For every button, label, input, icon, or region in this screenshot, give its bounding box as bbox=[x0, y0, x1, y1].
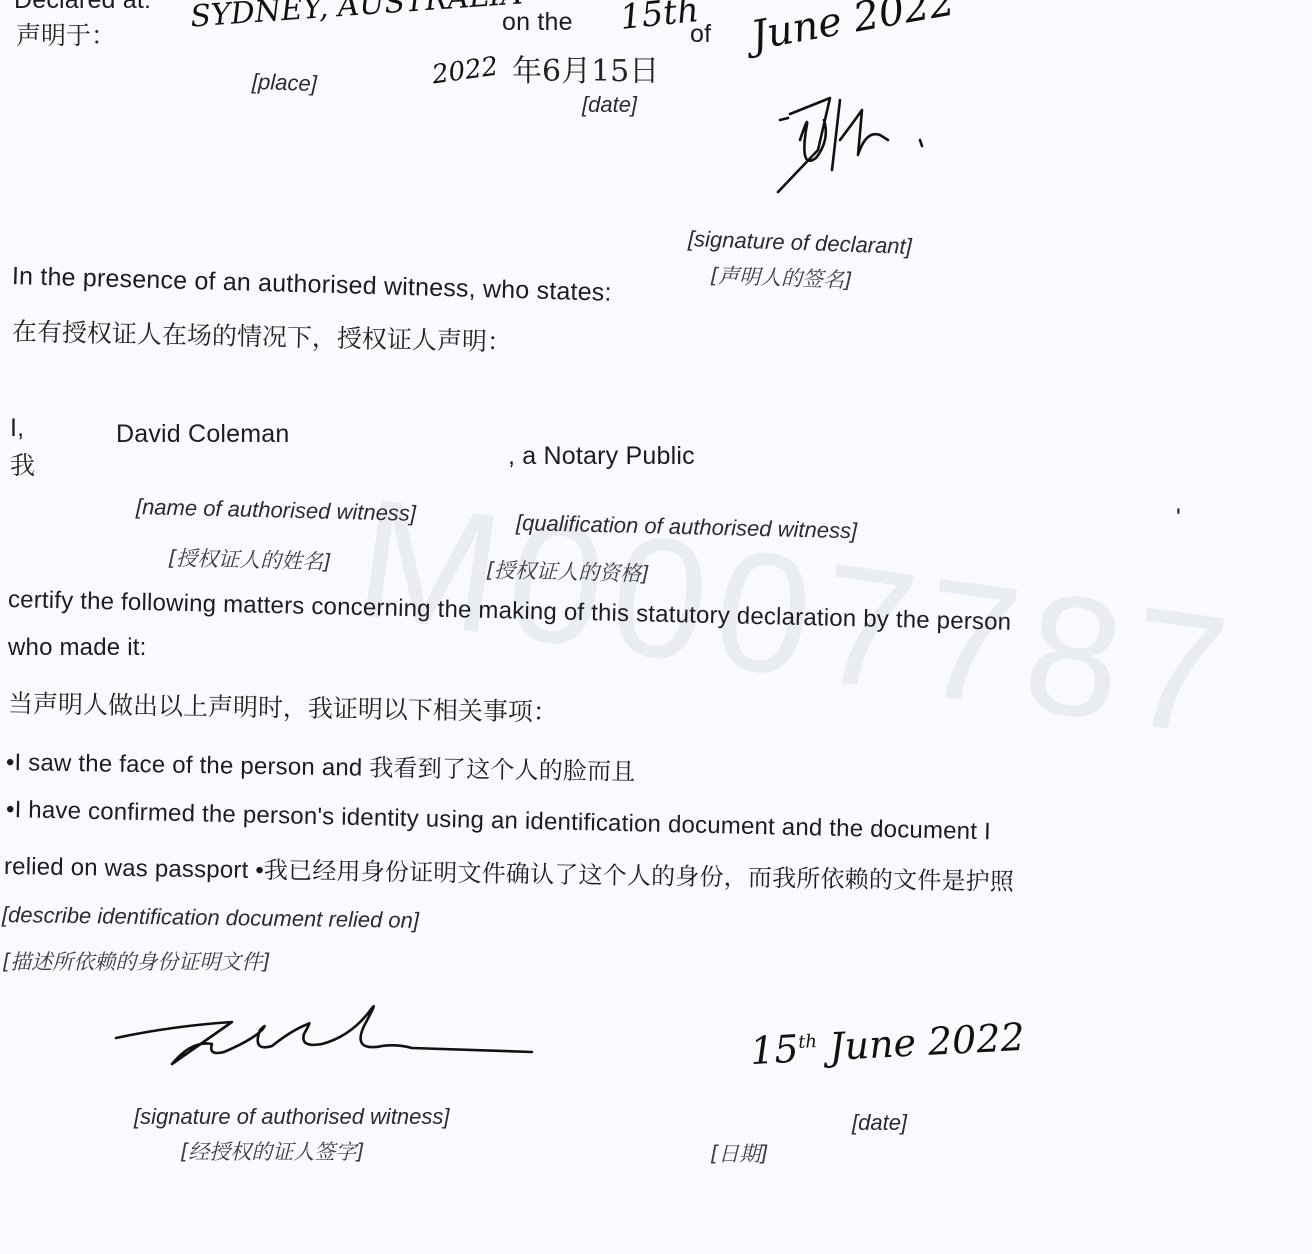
witness-signature-caption: [signature of authorised witness] bbox=[134, 1104, 450, 1130]
witness-name: David Coleman bbox=[116, 420, 290, 449]
day-handwritten: 15th bbox=[618, 0, 701, 38]
witness-signature bbox=[112, 1000, 542, 1070]
witness-signature-caption-cn: [经授权的证人签字] bbox=[180, 1136, 364, 1166]
witness-date-caption-cn: [日期] bbox=[710, 1138, 768, 1168]
stray-mark: ' bbox=[1176, 504, 1181, 533]
place-caption: [place] bbox=[252, 69, 318, 97]
document-caption-cn: [描述所依赖的身份证明文件] bbox=[2, 946, 270, 976]
witness-date-handwritten: 15th June 2022 bbox=[749, 1015, 1026, 1073]
on-the-label: on the bbox=[502, 8, 573, 37]
presence-statement: In the presence of an authorised witness… bbox=[12, 262, 612, 308]
declared-at-label-cn: 声明于： bbox=[16, 16, 116, 52]
declarant-signature-caption-cn: [声明人的签名] bbox=[710, 260, 853, 295]
place-handwritten: SYDNEY, AUSTRALIA bbox=[189, 0, 523, 35]
declarant-signature-caption: [signature of declarant] bbox=[688, 226, 913, 260]
certify-statement-cn: 当声明人做出以上声明时，我证明以下相关事项： bbox=[8, 684, 559, 729]
witness-name-caption: [name of authorised witness] bbox=[136, 494, 417, 527]
witness-date-suffix: th bbox=[798, 1031, 818, 1053]
witness-i-label: I, bbox=[10, 414, 24, 443]
witness-date-rest: June 2022 bbox=[828, 1015, 1026, 1069]
witness-qualification-caption-cn: [授权证人的资格] bbox=[486, 554, 650, 588]
presence-statement-cn: 在有授权证人在场的情况下，授权证人声明： bbox=[12, 312, 513, 358]
witness-qualification-caption: [qualification of authorised witness] bbox=[516, 510, 858, 544]
witness-name-caption-cn: [授权证人的姓名] bbox=[168, 542, 332, 576]
bullet-confirmed-identity-line1: •I have confirmed the person's identity … bbox=[6, 796, 991, 846]
document-caption: [describe identification document relied… bbox=[2, 902, 419, 934]
witness-qualification: , a Notary Public bbox=[508, 442, 695, 471]
bullet-confirmed-identity-line2: relied on was passport •我已经用身份证明文件确认了这个人… bbox=[4, 846, 1015, 897]
certify-statement-line2: who made it: bbox=[8, 634, 146, 662]
certify-statement-line1: certify the following matters concerning… bbox=[8, 586, 1012, 637]
cn-date: 年6月15日 bbox=[512, 46, 659, 90]
witness-i-label-cn: 我 bbox=[10, 446, 35, 482]
cn-year-handwritten: 2022 bbox=[430, 52, 500, 91]
declared-at-label: Declared at: bbox=[14, 0, 151, 15]
witness-date-day: 15 bbox=[749, 1027, 800, 1073]
date-caption: [date] bbox=[582, 92, 637, 118]
witness-date-caption: [date] bbox=[852, 1110, 907, 1136]
bullet-saw-face: •I saw the face of the person and 我看到了这个… bbox=[6, 742, 636, 787]
of-label: of bbox=[690, 20, 711, 49]
declarant-signature bbox=[770, 80, 940, 200]
month-year-handwritten: June 2022 bbox=[748, 0, 959, 60]
